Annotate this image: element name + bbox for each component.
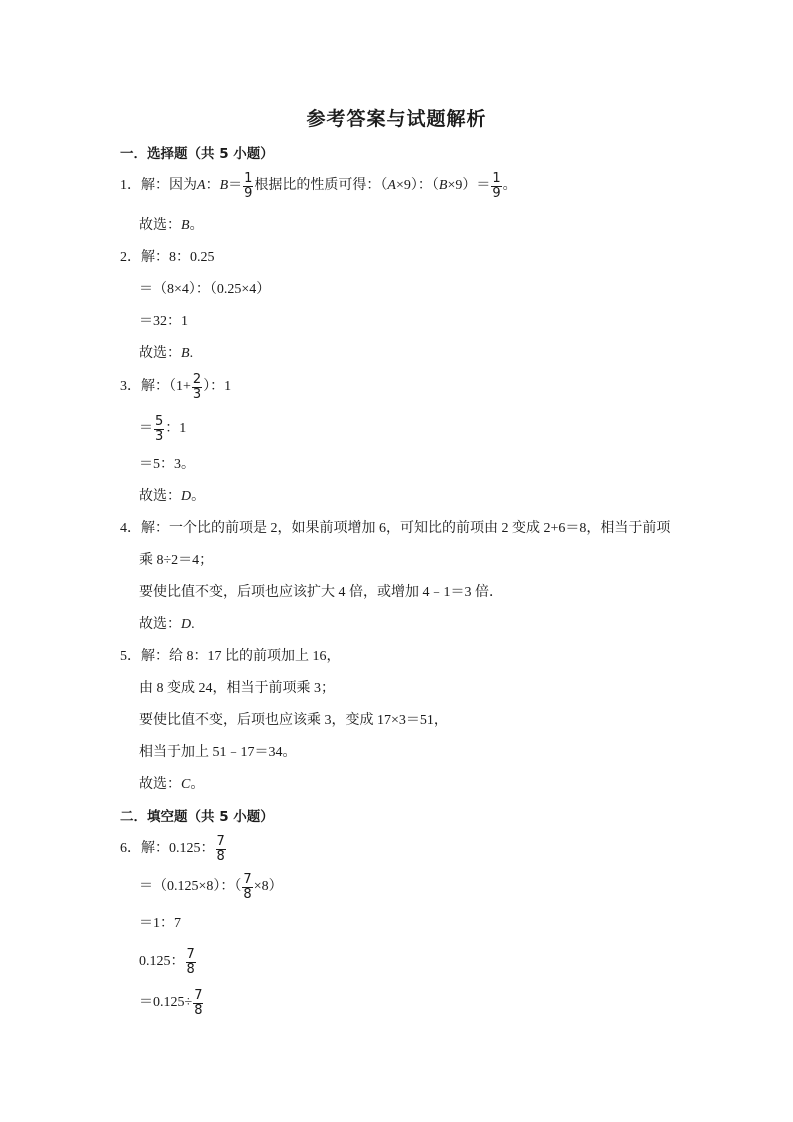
fraction: 78 [193, 989, 203, 1018]
text: 。 [191, 486, 205, 508]
answer-label: 故选： [139, 486, 181, 508]
denominator: 8 [186, 963, 196, 977]
q1-solution-line: 1．解：因为 A ： B ＝ 19 根据比的性质可得：（ A ×9）：（ B ×… [120, 175, 517, 197]
section-heading-multiple-choice: 一．选择题（共 5 小题） [120, 143, 274, 165]
q6-step: ＝（0.125×8）：（ 78 ×8） [139, 876, 283, 898]
text: ）：1 [203, 376, 231, 398]
text: 1．解：因为 [120, 175, 197, 197]
numerator: 7 [193, 989, 203, 1004]
numerator: 1 [243, 172, 253, 187]
fraction: 78 [242, 873, 252, 902]
q4-answer: 故选： D . [139, 614, 195, 636]
fraction: 78 [186, 948, 196, 977]
text: ：1 [165, 418, 186, 440]
section-heading-fill-in: 二．填空题（共 5 小题） [120, 806, 274, 828]
answer-choice: B [181, 215, 190, 237]
text: ＝ [139, 418, 153, 440]
q2-step: ＝32：1 [139, 311, 188, 333]
var-b: B [439, 175, 448, 197]
text: ＝0.125÷ [139, 992, 192, 1014]
answer-label: 故选： [139, 343, 181, 365]
q1-answer: 故选： B 。 [139, 215, 204, 237]
q2-solution-line: 2．解：8：0.25 [120, 247, 215, 269]
denominator: 3 [192, 388, 202, 402]
answer-choice: B [181, 343, 190, 365]
q6-step: 0.125： 78 [139, 951, 197, 973]
text: ×9）：（ [396, 175, 439, 197]
answer-label: 故选： [139, 215, 181, 237]
q6-step: ＝0.125÷ 78 [139, 992, 204, 1014]
q2-answer: 故选： B . [139, 343, 193, 365]
q3-step: ＝5：3。 [139, 454, 195, 476]
var-a: A [197, 175, 206, 197]
numerator: 7 [216, 835, 226, 850]
q5-step: 相当于加上 51﹣17＝34。 [139, 742, 297, 764]
q4-step: 乘 8÷2＝4； [139, 550, 213, 572]
q5-step: 要使比值不变，后项也应该乘 3，变成 17×3＝51， [139, 710, 448, 732]
answer-label: 故选： [139, 614, 181, 636]
text: 根据比的性质可得：（ [254, 175, 387, 197]
denominator: 8 [242, 888, 252, 902]
text: 。 [190, 774, 204, 796]
fraction: 53 [154, 415, 164, 444]
var-b: B [220, 175, 229, 197]
q3-step: ＝ 53 ：1 [139, 418, 186, 440]
text: 0.125： [139, 951, 185, 973]
answer-choice: D [181, 486, 191, 508]
numerator: 5 [154, 415, 164, 430]
fraction: 19 [243, 172, 253, 201]
denominator: 8 [216, 850, 226, 864]
text: . [191, 614, 195, 636]
q3-answer: 故选： D 。 [139, 486, 205, 508]
q6-step: ＝1：7 [139, 913, 181, 935]
denominator: 3 [154, 430, 164, 444]
numerator: 7 [242, 873, 252, 888]
numerator: 2 [192, 373, 202, 388]
q5-answer: 故选： C 。 [139, 774, 204, 796]
denominator: 8 [193, 1004, 203, 1018]
numerator: 7 [186, 948, 196, 963]
answer-label: 故选： [139, 774, 181, 796]
q5-solution-line: 5．解：给 8：17 比的前项加上 16， [120, 646, 341, 668]
q4-solution-line: 4．解：一个比的前项是 2，如果前项增加 6，可知比的前项由 2 变成 2+6＝… [120, 518, 670, 540]
q5-step: 由 8 变成 24，相当于前项乘 3； [139, 678, 335, 700]
text: 。 [190, 215, 204, 237]
text: ×8） [254, 876, 283, 898]
text: 。 [503, 175, 517, 197]
denominator: 9 [491, 187, 501, 201]
text: ×9）＝ [447, 175, 490, 197]
text: . [190, 343, 194, 365]
fraction: 19 [491, 172, 501, 201]
q3-solution-line: 3．解：（1+ 23 ）：1 [120, 376, 231, 398]
q6-solution-line: 6．解：0.125： 78 [120, 838, 227, 860]
fraction: 78 [216, 835, 226, 864]
q4-step: 要使比值不变，后项也应该扩大 4 倍，或增加 4﹣1＝3 倍． [139, 582, 503, 604]
denominator: 9 [243, 187, 253, 201]
q2-step: ＝（8×4）：（0.25×4） [139, 279, 270, 301]
text: 3．解：（1+ [120, 376, 191, 398]
text: 6．解：0.125： [120, 838, 215, 860]
numerator: 1 [491, 172, 501, 187]
var-a: A [387, 175, 396, 197]
fraction: 23 [192, 373, 202, 402]
text: ＝（0.125×8）：（ [139, 876, 241, 898]
page-title: 参考答案与试题解析 [0, 104, 793, 131]
answer-choice: D [181, 614, 191, 636]
text: ： [206, 175, 220, 197]
text: ＝ [228, 175, 242, 197]
answer-choice: C [181, 774, 190, 796]
